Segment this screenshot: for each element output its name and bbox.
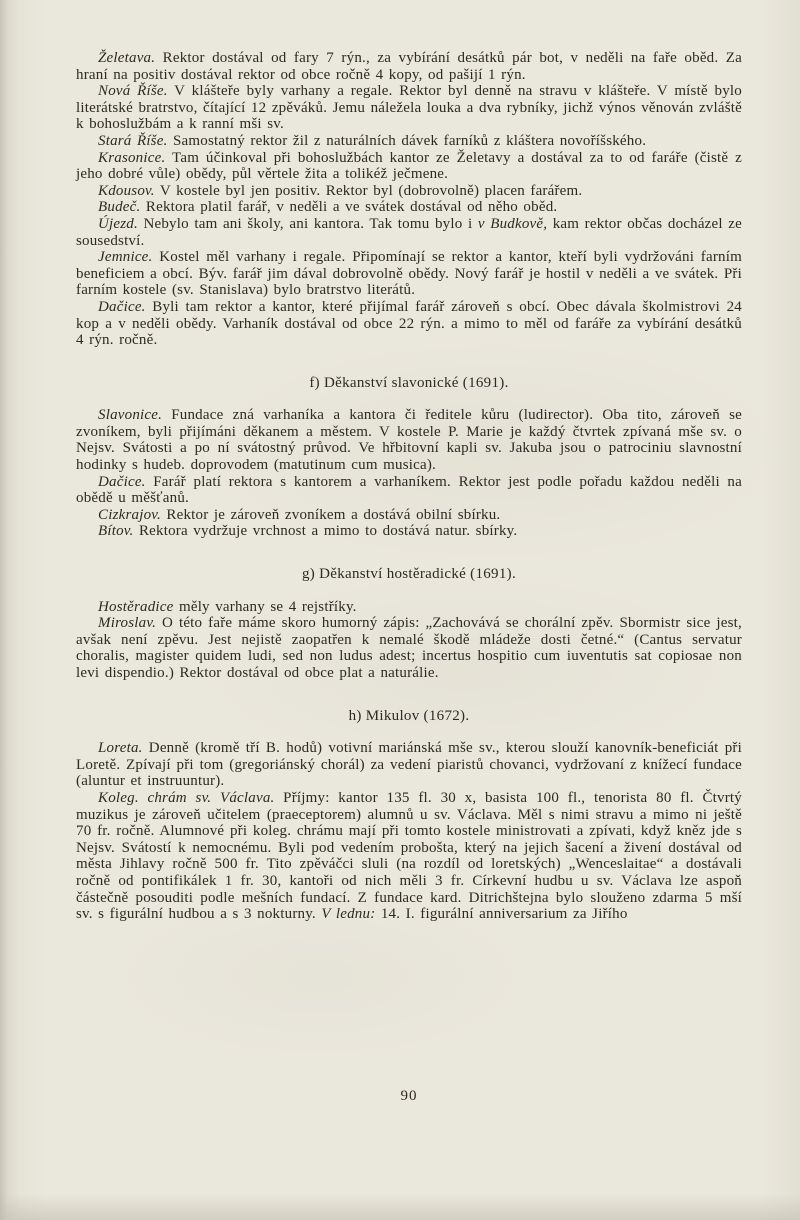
italic-lead-text: v Budkově,: [478, 216, 547, 232]
section-heading: f) Děkanství slavonické (1691).: [76, 375, 742, 392]
body-text: Farář platí rektora s kantorem a varhaní…: [76, 474, 742, 507]
italic-lead-text: Nová Říše.: [98, 83, 168, 99]
italic-lead-text: Miroslav.: [98, 615, 156, 631]
italic-lead-text: Loreta.: [98, 740, 143, 756]
body-text: Tam účinkoval při bohoslužbách kantor ze…: [76, 150, 742, 183]
paragraph: Loreta. Denně (kromě tří B. hodů) votivn…: [76, 740, 742, 790]
paragraph: Bítov. Rektora vydržuje vrchnost a mimo …: [76, 523, 742, 540]
section-heading: g) Děkanství hostěradické (1691).: [76, 566, 742, 583]
paragraph: Slavonice. Fundace zná varhaníka a kanto…: [76, 407, 742, 473]
body-text: 14. I. figurální anniversarium za Jiřího: [375, 906, 627, 922]
body-text: Rektora vydržuje vrchnost a mimo to dost…: [134, 523, 518, 539]
paragraph: Kdousov. V kostele byl jen positiv. Rekt…: [76, 183, 742, 200]
paragraph: Nová Říše. V klášteře byly varhany a reg…: [76, 83, 742, 133]
body-text: Samostatný rektor žil z naturálních dáve…: [168, 133, 647, 149]
page-body: Želetava. Rektor dostával od fary 7 rýn.…: [76, 50, 742, 923]
text-block-container: Želetava. Rektor dostával od fary 7 rýn.…: [76, 50, 742, 923]
italic-lead-text: Dačice.: [98, 474, 146, 490]
body-text: měly varhany se 4 rejstříky.: [174, 599, 357, 615]
paragraph: Hostěradice měly varhany se 4 rejstříky.: [76, 599, 742, 616]
italic-lead-text: Kdousov.: [98, 183, 155, 199]
italic-lead-text: Cizkrajov.: [98, 507, 161, 523]
italic-lead-text: Dačice.: [98, 299, 146, 315]
body-text: h) Mikulov (1672).: [349, 708, 470, 724]
italic-lead-text: Hostěradice: [98, 599, 174, 615]
body-text: Fundace zná varhaníka a kantora či ředit…: [76, 407, 742, 473]
italic-lead-text: Koleg. chrám sv. Václava.: [98, 790, 274, 806]
body-text: Denně (kromě tří B. hodů) votivní marián…: [76, 740, 742, 789]
body-text: Nebylo tam ani školy, ani kantora. Tak t…: [138, 216, 478, 232]
body-text: f) Děkanství slavonické (1691).: [309, 375, 508, 391]
paragraph: Jemnice. Kostel měl varhany i regale. Př…: [76, 249, 742, 299]
italic-lead-text: Bítov.: [98, 523, 134, 539]
body-text: Rektora platil farář, v neděli a ve svát…: [140, 199, 557, 215]
paragraph: Dačice. Byli tam rektor a kantor, které …: [76, 299, 742, 349]
body-text: Byli tam rektor a kantor, které přijímal…: [76, 299, 742, 348]
paragraph: Stará Říše. Samostatný rektor žil z natu…: [76, 133, 742, 150]
body-text: Příjmy: kantor 135 fl. 30 x, basista 100…: [76, 790, 742, 922]
italic-lead-text: Budeč.: [98, 199, 140, 215]
italic-lead-text: Krasonice.: [98, 150, 165, 166]
paragraph: Koleg. chrám sv. Václava. Příjmy: kantor…: [76, 790, 742, 923]
body-text: Rektor dostával od fary 7 rýn., za vybír…: [76, 50, 742, 83]
paragraph: Cizkrajov. Rektor je zároveň zvoníkem a …: [76, 507, 742, 524]
italic-lead-text: V lednu:: [321, 906, 375, 922]
body-text: g) Děkanství hostěradické (1691).: [302, 566, 516, 582]
italic-lead-text: Újezd.: [98, 216, 138, 232]
body-text: V kostele byl jen positiv. Rektor byl (d…: [155, 183, 583, 199]
body-text: Kostel měl varhany i regale. Připomínají…: [76, 249, 742, 298]
paragraph: Krasonice. Tam účinkoval při bohoslužbác…: [76, 150, 742, 183]
body-text: Rektor je zároveň zvoníkem a dostává obi…: [161, 507, 500, 523]
body-text: V klášteře byly varhany a regale. Rektor…: [76, 83, 742, 132]
italic-lead-text: Slavonice.: [98, 407, 162, 423]
paragraph: Miroslav. O této faře máme skoro humorný…: [76, 615, 742, 681]
paragraph: Budeč. Rektora platil farář, v neděli a …: [76, 199, 742, 216]
italic-lead-text: Stará Říše.: [98, 133, 168, 149]
scanned-page: Želetava. Rektor dostával od fary 7 rýn.…: [0, 0, 800, 1220]
italic-lead-text: Želetava.: [98, 50, 155, 66]
italic-lead-text: Jemnice.: [98, 249, 152, 265]
section-heading: h) Mikulov (1672).: [76, 708, 742, 725]
paragraph: Želetava. Rektor dostával od fary 7 rýn.…: [76, 50, 742, 83]
page-number: 90: [76, 1088, 742, 1105]
body-text: O této faře máme skoro humorný zápis: „Z…: [76, 615, 742, 681]
paragraph: Újezd. Nebylo tam ani školy, ani kantora…: [76, 216, 742, 249]
paragraph: Dačice. Farář platí rektora s kantorem a…: [76, 474, 742, 507]
